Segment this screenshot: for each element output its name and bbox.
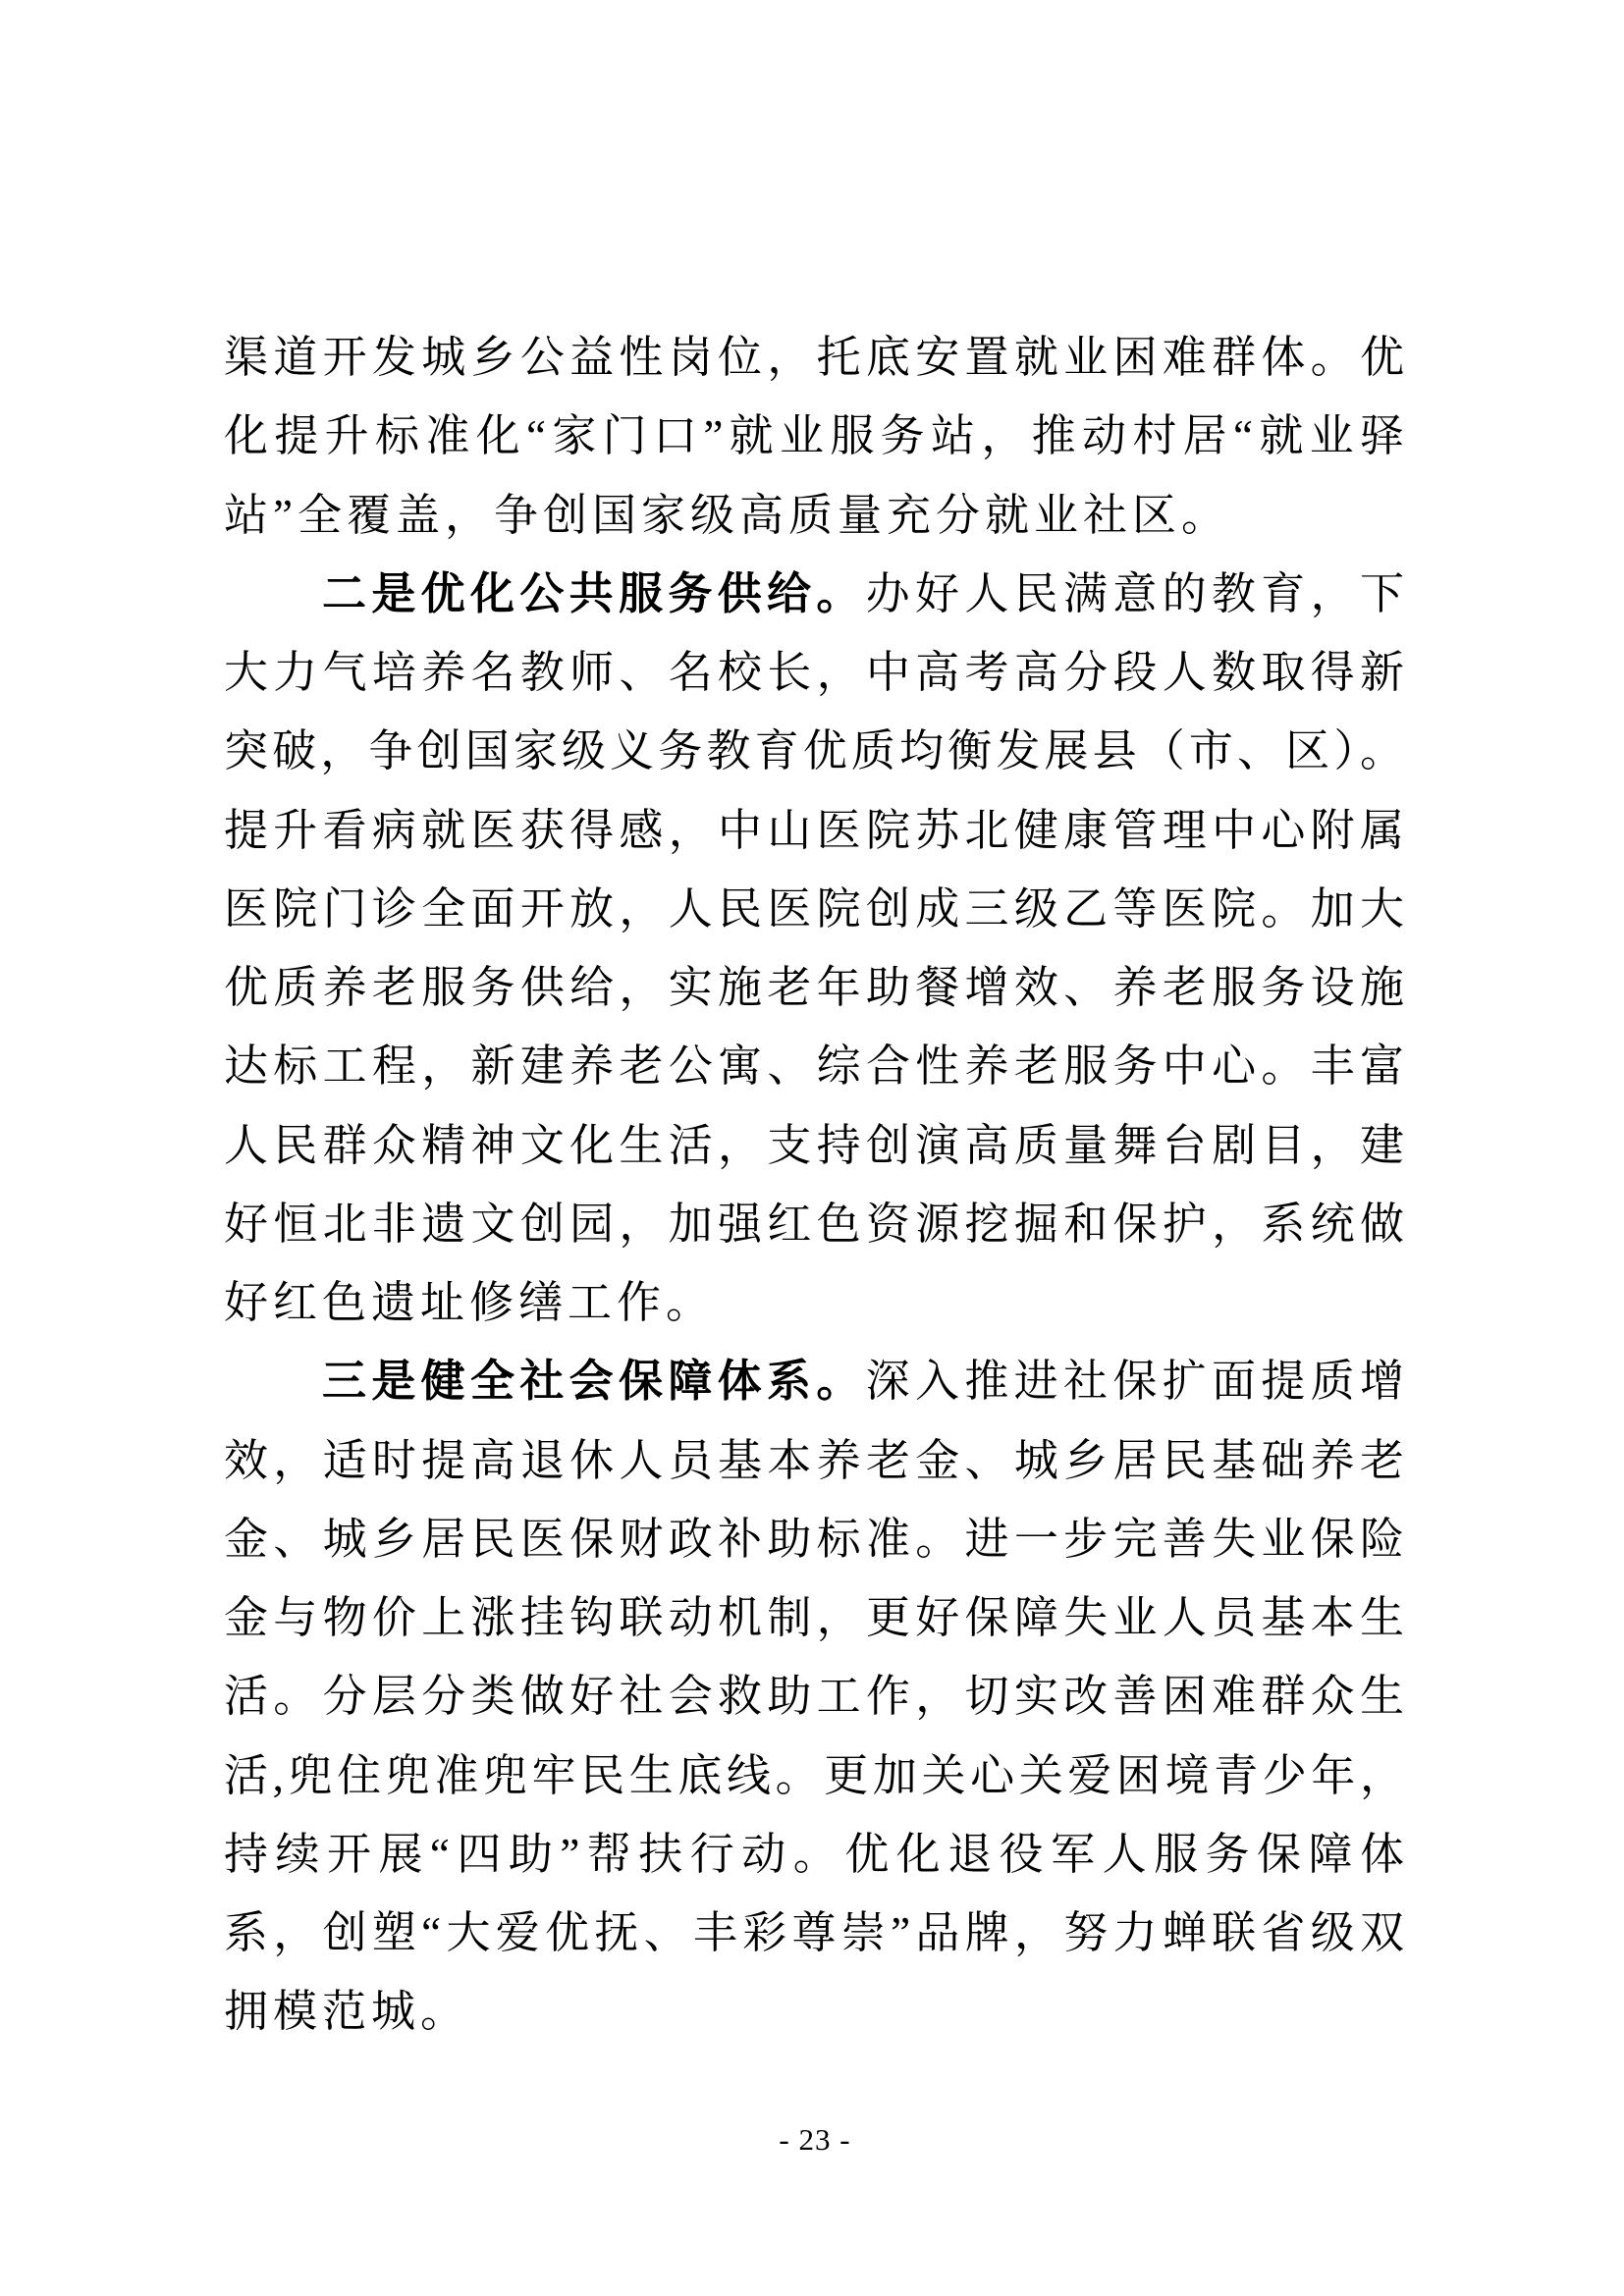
text-line: 好恒北非遗文创园，加强红色资源挖掘和保护，系统做 (224, 1185, 1406, 1263)
text-run: 效，适时提高退休人员基本养老金、城乡居民基础养老 (224, 1436, 1406, 1485)
text-run: 渠道开发城乡公益性岗位，托底安置就业困难群体。优 (224, 333, 1406, 382)
text-line: 优质养老服务供给，实施老年助餐增效、养老服务设施 (224, 948, 1406, 1027)
text-line: 医院门诊全面开放，人民医院创成三级乙等医院。加大 (224, 870, 1406, 948)
text-run: 活。分层分类做好社会救助工作，切实改善困难群众生 (224, 1672, 1406, 1721)
text-run: 活,兜住兜准兜牢民生底线。更加关心关爱困境青少年， (224, 1751, 1406, 1800)
text-line: 站”全覆盖，争创国家级高质量充分就业社区。 (224, 476, 1406, 555)
text-run: 人民群众精神文化生活，支持创演高质量舞台剧目，建 (224, 1121, 1406, 1170)
text-run: 突破，争创国家级义务教育优质均衡发展县（市、区）。 (224, 726, 1406, 775)
text-line: 效，适时提高退休人员基本养老金、城乡居民基础养老 (224, 1421, 1406, 1500)
text-run: 优质养老服务供给，实施老年助餐增效、养老服务设施 (224, 963, 1406, 1012)
paragraph-lead: 三是健全社会保障体系。 (322, 1357, 866, 1406)
text-line: 好红色遗址修缮工作。 (224, 1263, 1406, 1342)
text-line: 达标工程，新建养老公寓、综合性养老服务中心。丰富 (224, 1027, 1406, 1105)
text-line: 活,兜住兜准兜牢民生底线。更加关心关爱困境青少年， (224, 1736, 1406, 1815)
text-line: 突破，争创国家级义务教育优质均衡发展县（市、区）。 (224, 712, 1406, 790)
text-run: 金、城乡居民医保财政补助标准。进一步完善失业保险 (224, 1515, 1406, 1564)
text-line: 大力气培养名教师、名校长，中高考高分段人数取得新 (224, 633, 1406, 712)
text-run: 拥模范城。 (224, 1987, 469, 2036)
paragraph-lead: 二是优化公共服务供给。 (322, 569, 866, 618)
text-run: 好恒北非遗文创园，加强红色资源挖掘和保护，系统做 (224, 1200, 1406, 1249)
text-run: 提升看病就医获得感，中山医院苏北健康管理中心附属 (224, 806, 1406, 855)
text-line: 三是健全社会保障体系。深入推进社保扩面提质增 (224, 1342, 1406, 1420)
page-number: - 23 - (224, 2120, 1406, 2160)
text-line: 金、城乡居民医保财政补助标准。进一步完善失业保险 (224, 1500, 1406, 1578)
text-line: 持续开展“四助”帮扶行动。优化退役军人服务保障体 (224, 1815, 1406, 1894)
document-page: 渠道开发城乡公益性岗位，托底安置就业困难群体。优化提升标准化“家门口”就业服务站… (0, 0, 1624, 2296)
text-line: 活。分层分类做好社会救助工作，切实改善困难群众生 (224, 1657, 1406, 1735)
text-run: 办好人民满意的教育，下 (866, 569, 1406, 618)
text-run: 系，创塑“大爱优抚、丰彩尊崇”品牌，努力蝉联省级双 (224, 1908, 1406, 1957)
text-run: 持续开展“四助”帮扶行动。优化退役军人服务保障体 (224, 1830, 1406, 1879)
text-run: 深入推进社保扩面提质增 (866, 1357, 1406, 1406)
text-line: 金与物价上涨挂钩联动机制，更好保障失业人员基本生 (224, 1578, 1406, 1657)
text-line: 人民群众精神文化生活，支持创演高质量舞台剧目，建 (224, 1106, 1406, 1185)
text-line: 系，创塑“大爱优抚、丰彩尊崇”品牌，努力蝉联省级双 (224, 1894, 1406, 1972)
text-line: 提升看病就医获得感，中山医院苏北健康管理中心附属 (224, 791, 1406, 870)
text-line: 渠道开发城乡公益性岗位，托底安置就业困难群体。优 (224, 318, 1406, 397)
document-body: 渠道开发城乡公益性岗位，托底安置就业困难群体。优化提升标准化“家门口”就业服务站… (224, 318, 1406, 2052)
text-run: 达标工程，新建养老公寓、综合性养老服务中心。丰富 (224, 1041, 1406, 1091)
text-line: 拥模范城。 (224, 1972, 1406, 2051)
text-run: 医院门诊全面开放，人民医院创成三级乙等医院。加大 (224, 884, 1406, 934)
text-line: 化提升标准化“家门口”就业服务站，推动村居“就业驿 (224, 397, 1406, 475)
text-run: 化提升标准化“家门口”就业服务站，推动村居“就业驿 (224, 411, 1406, 460)
text-run: 大力气培养名教师、名校长，中高考高分段人数取得新 (224, 648, 1406, 697)
text-run: 好红色遗址修缮工作。 (224, 1278, 715, 1327)
text-line: 二是优化公共服务供给。办好人民满意的教育，下 (224, 555, 1406, 633)
text-run: 站”全覆盖，争创国家级高质量充分就业社区。 (224, 491, 1230, 540)
text-run: 金与物价上涨挂钩联动机制，更好保障失业人员基本生 (224, 1593, 1406, 1642)
